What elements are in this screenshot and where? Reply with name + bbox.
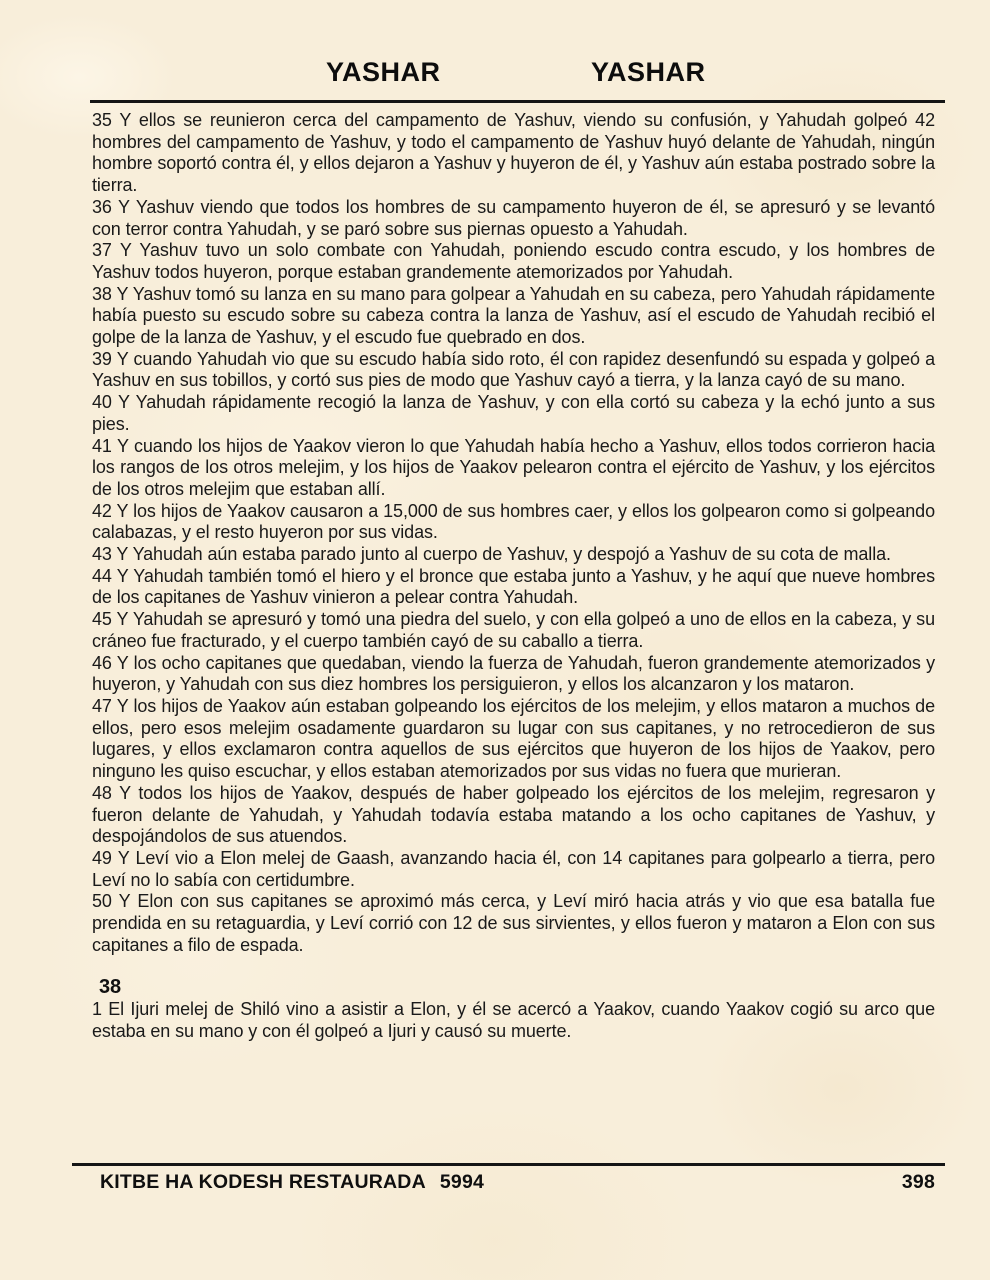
verse-paragraph: 35 Y ellos se reunieron cerca del campam… [92,110,935,197]
verse-number: 42 [92,501,112,521]
verse-paragraph: 37 Y Yashuv tuvo un solo combate con Yah… [92,240,935,283]
verse-text: Y todos los hijos de Yaakov, después de … [92,783,935,846]
footer-edition: KITBE HA KODESH RESTAURADA 5994 [100,1171,484,1194]
running-title-right: YASHAR [591,57,706,88]
verse-text: Y cuando los hijos de Yaakov vieron lo q… [92,436,935,499]
verse-text: Y Yahudah aún estaba parado junto al cue… [116,544,891,564]
verse-text: Y ellos se reunieron cerca del campament… [92,110,935,195]
page-footer: KITBE HA KODESH RESTAURADA 5994 398 [100,1171,935,1194]
verse-paragraph: 40 Y Yahudah rápidamente recogió la lanz… [92,392,935,435]
verse-text: Y Leví vio a Elon melej de Gaash, avanza… [92,848,935,890]
header-rule [90,100,945,103]
verse-text: Y Yahudah rápidamente recogió la lanza d… [92,392,935,434]
verse-number: 43 [92,544,112,564]
verse-paragraph: 45 Y Yahudah se apresuró y tomó una pied… [92,609,935,652]
verse-text: Y los hijos de Yaakov aún estaban golpea… [92,696,935,781]
verse-text: Y Yashuv viendo que todos los hombres de… [92,197,935,239]
page-header: YASHAR YASHAR [0,57,990,97]
document-page: YASHAR YASHAR 35 Y ellos se reunieron ce… [0,0,990,1280]
verse-text: Y Yahudah se apresuró y tomó una piedra … [92,609,935,651]
verse-text: Y Yashuv tomó su lanza en su mano para g… [92,284,935,347]
verse-paragraph: 41 Y cuando los hijos de Yaakov vieron l… [92,436,935,501]
verse-paragraph: 1 El Ijuri melej de Shiló vino a asistir… [92,999,935,1042]
verse-number: 48 [92,783,112,803]
verse-number: 41 [92,436,112,456]
verse-number: 36 [92,197,112,217]
verse-text: El Ijuri melej de Shiló vino a asistir a… [92,999,935,1041]
verse-number: 49 [92,848,112,868]
verse-paragraph: 48 Y todos los hijos de Yaakov, después … [92,783,935,848]
verse-number: 1 [92,999,102,1019]
verse-paragraph: 36 Y Yashuv viendo que todos los hombres… [92,197,935,240]
verse-number: 40 [92,392,112,412]
verse-text: Y los ocho capitanes que quedaban, viend… [92,653,935,695]
verse-number: 46 [92,653,112,673]
verse-number: 45 [92,609,112,629]
verse-number: 37 [92,240,112,260]
verse-paragraph: 38 Y Yashuv tomó su lanza en su mano par… [92,284,935,349]
verse-text: Y los hijos de Yaakov causaron a 15,000 … [92,501,935,543]
verse-text: Y Yashuv tuvo un solo combate con Yahuda… [92,240,935,282]
verse-text: Y Elon con sus capitanes se aproximó más… [92,891,935,954]
verse-paragraph: 47 Y los hijos de Yaakov aún estaban gol… [92,696,935,783]
verse-paragraph: 50 Y Elon con sus capitanes se aproximó … [92,891,935,956]
verse-number: 47 [92,696,112,716]
chapter-number-heading: 38 [92,977,935,999]
footer-rule [72,1163,945,1166]
verse-number: 35 [92,110,112,130]
footer-page-number: 398 [902,1171,935,1194]
verse-text: Y Yahudah también tomó el hiero y el bro… [92,566,935,608]
verse-number: 39 [92,349,112,369]
verse-number: 50 [92,891,112,911]
verse-paragraph: 49 Y Leví vio a Elon melej de Gaash, ava… [92,848,935,891]
running-title-left: YASHAR [326,57,441,88]
verse-number: 38 [92,284,112,304]
footer-year: 5994 [440,1171,484,1194]
verse-paragraph: 42 Y los hijos de Yaakov causaron a 15,0… [92,501,935,544]
footer-edition-title: KITBE HA KODESH RESTAURADA [100,1171,426,1194]
verse-paragraph: 44 Y Yahudah también tomó el hiero y el … [92,566,935,609]
verse-paragraph: 46 Y los ocho capitanes que quedaban, vi… [92,653,935,696]
verse-text: Y cuando Yahudah vio que su escudo había… [92,349,935,391]
body-text: 35 Y ellos se reunieron cerca del campam… [92,110,935,1043]
verse-number: 44 [92,566,112,586]
verse-paragraph: 39 Y cuando Yahudah vio que su escudo ha… [92,349,935,392]
verse-paragraph: 43 Y Yahudah aún estaba parado junto al … [92,544,935,566]
